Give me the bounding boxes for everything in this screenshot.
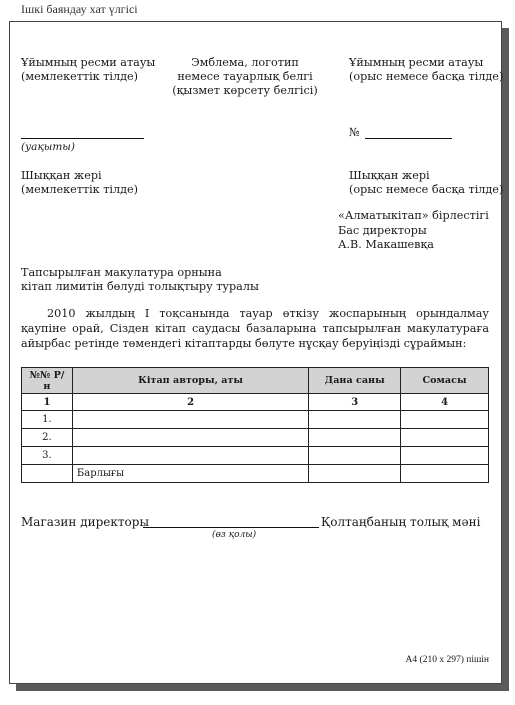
column-header-quantity: Дана саны <box>309 368 401 394</box>
page-format-label: А4 (210 х 297) пішін <box>406 655 489 665</box>
addressee-block: «Алматыкітап» бірлестігі Бас директоры А… <box>338 209 489 253</box>
org-name-russian-line1: Ұйымның ресми атауы <box>349 56 503 70</box>
org-name-russian: Ұйымның ресми атауы (орыс немесе басқа т… <box>349 56 503 84</box>
column-header-number: №№ Р/н <box>22 368 73 394</box>
column-number: 1 <box>22 394 73 411</box>
total-row: Барлығы <box>22 465 489 483</box>
signature-decoding: Қолтаңбаның толық мәні <box>321 515 480 529</box>
addressee-title: Бас директоры <box>338 224 489 239</box>
quantity-cell[interactable] <box>309 429 401 447</box>
number-label: № <box>349 126 360 140</box>
origin-russian-line2: (орыс немесе басқа тілде) <box>349 183 503 197</box>
document-caption: Ішкі баяндау хат үлгісі <box>21 2 138 17</box>
origin-russian: Шыққан жері (орыс немесе басқа тілде) <box>349 169 503 197</box>
origin-kazakh-line2: (мемлекеттік тілде) <box>21 183 138 197</box>
quantity-cell[interactable] <box>309 411 401 429</box>
book-cell[interactable] <box>72 429 308 447</box>
amount-cell[interactable] <box>401 411 489 429</box>
signature-sub-label: (өз қолы) <box>212 528 256 542</box>
date-field-line[interactable] <box>21 138 144 139</box>
emblem-line1: Эмблема, логотип <box>165 56 325 70</box>
table-row: 2. <box>22 429 489 447</box>
quantity-cell[interactable] <box>309 447 401 465</box>
column-numbering-row: 1 2 3 4 <box>22 394 489 411</box>
books-table: №№ Р/н Кітап авторы, аты Дана саны Сомас… <box>21 367 489 483</box>
table-row: 1. <box>22 411 489 429</box>
subject-line2: кітап лимитін бөлуді толықтыру туралы <box>21 280 259 294</box>
org-name-russian-line2: (орыс немесе басқа тілде) <box>349 70 503 84</box>
body-paragraph: 2010 жылдың I тоқсанында тауар өткізу жо… <box>21 306 489 351</box>
date-label: (уақыты) <box>21 140 75 154</box>
letter-page: Ұйымның ресми атауы (мемлекеттік тілде) … <box>9 21 502 684</box>
signature-label: Магазин директоры <box>21 515 149 529</box>
emblem-placeholder: Эмблема, логотип немесе тауарлық белгі (… <box>165 56 325 98</box>
column-number: 3 <box>309 394 401 411</box>
addressee-organization: «Алматыкітап» бірлестігі <box>338 209 489 224</box>
org-name-kazakh-line2: (мемлекеттік тілде) <box>21 70 155 84</box>
row-number <box>22 465 73 483</box>
number-field-line[interactable] <box>365 138 452 139</box>
amount-cell[interactable] <box>401 447 489 465</box>
table-header-row: №№ Р/н Кітап авторы, аты Дана саны Сомас… <box>22 368 489 394</box>
column-number: 2 <box>72 394 308 411</box>
total-amount-cell[interactable] <box>401 465 489 483</box>
total-label: Барлығы <box>72 465 308 483</box>
row-number: 3. <box>22 447 73 465</box>
amount-cell[interactable] <box>401 429 489 447</box>
addressee-name: А.В. Макашевқа <box>338 238 489 253</box>
table-row: 3. <box>22 447 489 465</box>
emblem-line3: (қызмет көрсету белгісі) <box>165 84 325 98</box>
book-cell[interactable] <box>72 411 308 429</box>
column-number: 4 <box>401 394 489 411</box>
total-quantity-cell[interactable] <box>309 465 401 483</box>
column-header-book: Кітап авторы, аты <box>72 368 308 394</box>
org-name-kazakh: Ұйымның ресми атауы (мемлекеттік тілде) <box>21 56 155 84</box>
org-name-kazakh-line1: Ұйымның ресми атауы <box>21 56 155 70</box>
emblem-line2: немесе тауарлық белгі <box>165 70 325 84</box>
column-header-amount: Сомасы <box>401 368 489 394</box>
origin-kazakh-line1: Шыққан жері <box>21 169 138 183</box>
subject-heading: Тапсырылған макулатура орнына кітап лими… <box>21 266 259 294</box>
book-cell[interactable] <box>72 447 308 465</box>
origin-kazakh: Шыққан жері (мемлекеттік тілде) <box>21 169 138 197</box>
row-number: 2. <box>22 429 73 447</box>
origin-russian-line1: Шыққан жері <box>349 169 503 183</box>
row-number: 1. <box>22 411 73 429</box>
subject-line1: Тапсырылған макулатура орнына <box>21 266 259 280</box>
